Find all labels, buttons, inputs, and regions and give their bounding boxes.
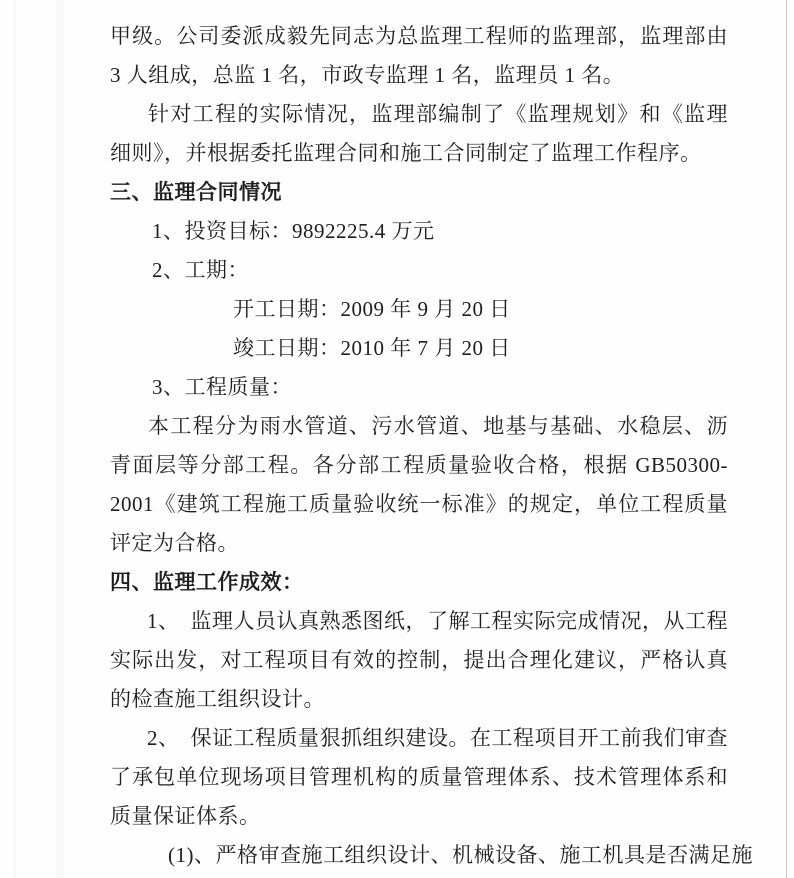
document-content: 甲级。公司委派成毅先同志为总监理工程师的监理部，监理部由 3 人组成，总监 1 … bbox=[110, 17, 728, 875]
line-completion-date: 竣工日期：2010 年 7 月 20 日 bbox=[110, 329, 728, 368]
document-page: 甲级。公司委派成毅先同志为总监理工程师的监理部，监理部由 3 人组成，总监 1 … bbox=[0, 0, 794, 878]
line-start-date: 开工日期：2009 年 9 月 20 日 bbox=[110, 290, 728, 329]
item-project-quality: 3、工程质量： bbox=[110, 368, 728, 407]
paragraph-result-1: 1、 监理人员认真熟悉图纸，了解工程实际完成情况，从工程实际出发，对工程项目有效… bbox=[110, 602, 728, 719]
item-construction-period: 2、工期： bbox=[110, 251, 728, 290]
paragraph-supervision-staff: 甲级。公司委派成毅先同志为总监理工程师的监理部，监理部由 3 人组成，总监 1 … bbox=[110, 17, 728, 95]
paragraph-quality-acceptance: 本工程分为雨水管道、污水管道、地基与基础、水稳层、沥青面层等分部工程。各分部工程… bbox=[110, 407, 728, 563]
page-edge-line bbox=[786, 0, 787, 878]
heading-section-4-results: 四、监理工作成效： bbox=[110, 563, 728, 602]
paragraph-result-2: 2、 保证工程质量狠抓组织建设。在工程项目开工前我们审查了承包单位现场项目管理机… bbox=[110, 719, 728, 836]
paragraph-supervision-plan: 针对工程的实际情况，监理部编制了《监理规划》和《监理细则》，并根据委托监理合同和… bbox=[110, 95, 728, 173]
item-investment-target: 1、投资目标：9892225.4 万元 bbox=[110, 212, 728, 251]
paragraph-result-2-sub-1: (1)、严格审查施工组织设计、机械设备、施工机具是否满足施 bbox=[110, 836, 728, 875]
heading-section-3-contract: 三、监理合同情况 bbox=[110, 173, 728, 212]
